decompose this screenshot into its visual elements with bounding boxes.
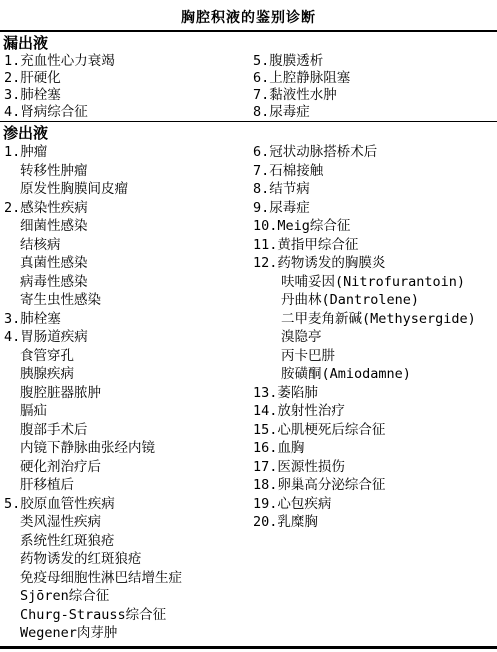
exudate-right-column: 6.冠状动脉搭桥术后7.石棉接触8.结节病9.尿毒症10.Meig综合征11.黄… <box>250 143 497 532</box>
list-item: 3.肺栓塞 <box>4 310 250 329</box>
list-item: 7.石棉接触 <box>253 162 497 181</box>
list-item: 14.放射性治疗 <box>253 402 497 421</box>
list-item: 病毒性感染 <box>4 273 250 292</box>
list-item: 腹腔脏器脓肿 <box>4 384 250 403</box>
list-item: Sjōren综合征 <box>4 587 250 606</box>
list-item: 16.血胸 <box>253 439 497 458</box>
divider-bottom <box>0 646 497 649</box>
list-item: 食管穿孔 <box>4 347 250 366</box>
list-item: 8.结节病 <box>253 180 497 199</box>
list-item: 6.上腔静脉阻塞 <box>253 70 497 87</box>
section-header-transudate: 漏出液 <box>0 32 497 53</box>
list-item: 原发性胸膜间皮瘤 <box>4 180 250 199</box>
section-transudate: 漏出液 1.充血性心力衰竭2.肝硬化3.肺栓塞4.肾病综合征 5.腹膜透析6.上… <box>0 32 497 121</box>
transudate-left-column: 1.充血性心力衰竭2.肝硬化3.肺栓塞4.肾病综合征 <box>0 53 250 121</box>
list-item: 12.药物诱发的胸膜炎 <box>253 254 497 273</box>
list-item: 腹部手术后 <box>4 421 250 440</box>
list-item: 溴隐亭 <box>253 328 497 347</box>
list-item: 丙卡巴肼 <box>253 347 497 366</box>
list-item: 药物诱发的红斑狼疮 <box>4 550 250 569</box>
list-item: 胺磺酮(Amiodamne) <box>253 365 497 384</box>
list-item: Wegener肉芽肿 <box>4 624 250 643</box>
list-item: 系统性红斑狼疮 <box>4 532 250 551</box>
list-item: 17.医源性损伤 <box>253 458 497 477</box>
list-item: 真菌性感染 <box>4 254 250 273</box>
transudate-right-column: 5.腹膜透析6.上腔静脉阻塞7.黏液性水肿8.尿毒症 <box>250 53 497 121</box>
list-item: 19.心包疾病 <box>253 495 497 514</box>
list-item: 18.卵巢高分泌综合征 <box>253 476 497 495</box>
list-item: 20.乳糜胸 <box>253 513 497 532</box>
list-item: 结核病 <box>4 236 250 255</box>
list-item: 5.胶原血管性疾病 <box>4 495 250 514</box>
list-item: 15.心肌梗死后综合征 <box>253 421 497 440</box>
list-item: 二甲麦角新碱(Methysergide) <box>253 310 497 329</box>
list-item: 细菌性感染 <box>4 217 250 236</box>
list-item: 肝移植后 <box>4 476 250 495</box>
list-item: 寄生虫性感染 <box>4 291 250 310</box>
list-item: 1.肿瘤 <box>4 143 250 162</box>
list-item: 9.尿毒症 <box>253 199 497 218</box>
list-item: 4.肾病综合征 <box>4 104 250 121</box>
list-item: 11.黄指甲综合征 <box>253 236 497 255</box>
list-item: 1.充血性心力衰竭 <box>4 53 250 70</box>
list-item: 硬化剂治疗后 <box>4 458 250 477</box>
list-item: 2.感染性疾病 <box>4 199 250 218</box>
list-item: 丹曲林(Dantrolene) <box>253 291 497 310</box>
list-item: 类风湿性疾病 <box>4 513 250 532</box>
list-item: 4.胃肠道疾病 <box>4 328 250 347</box>
transudate-columns: 1.充血性心力衰竭2.肝硬化3.肺栓塞4.肾病综合征 5.腹膜透析6.上腔静脉阻… <box>0 53 497 121</box>
document-page: 胸腔积液的鉴别诊断 漏出液 1.充血性心力衰竭2.肝硬化3.肺栓塞4.肾病综合征… <box>0 0 497 652</box>
list-item: 7.黏液性水肿 <box>253 87 497 104</box>
list-item: 6.冠状动脉搭桥术后 <box>253 143 497 162</box>
list-item: 转移性肿瘤 <box>4 162 250 181</box>
list-item: 内镜下静脉曲张经内镜 <box>4 439 250 458</box>
list-item: 10.Meig综合征 <box>253 217 497 236</box>
section-header-exudate: 渗出液 <box>0 122 497 143</box>
page-title: 胸腔积液的鉴别诊断 <box>0 0 497 30</box>
list-item: 胰腺疾病 <box>4 365 250 384</box>
list-item: 膈疝 <box>4 402 250 421</box>
list-item: 2.肝硬化 <box>4 70 250 87</box>
exudate-left-column: 1.肿瘤转移性肿瘤原发性胸膜间皮瘤2.感染性疾病细菌性感染结核病真菌性感染病毒性… <box>0 143 250 643</box>
section-exudate: 渗出液 1.肿瘤转移性肿瘤原发性胸膜间皮瘤2.感染性疾病细菌性感染结核病真菌性感… <box>0 122 497 643</box>
exudate-columns: 1.肿瘤转移性肿瘤原发性胸膜间皮瘤2.感染性疾病细菌性感染结核病真菌性感染病毒性… <box>0 143 497 643</box>
list-item: 8.尿毒症 <box>253 104 497 121</box>
list-item: 3.肺栓塞 <box>4 87 250 104</box>
list-item: 5.腹膜透析 <box>253 53 497 70</box>
list-item: 呋哺妥因(Nitrofurantoin) <box>253 273 497 292</box>
list-item: Churg-Strauss综合征 <box>4 606 250 625</box>
list-item: 免疫母细胞性淋巴结增生症 <box>4 569 250 588</box>
list-item: 13.萎陷肺 <box>253 384 497 403</box>
